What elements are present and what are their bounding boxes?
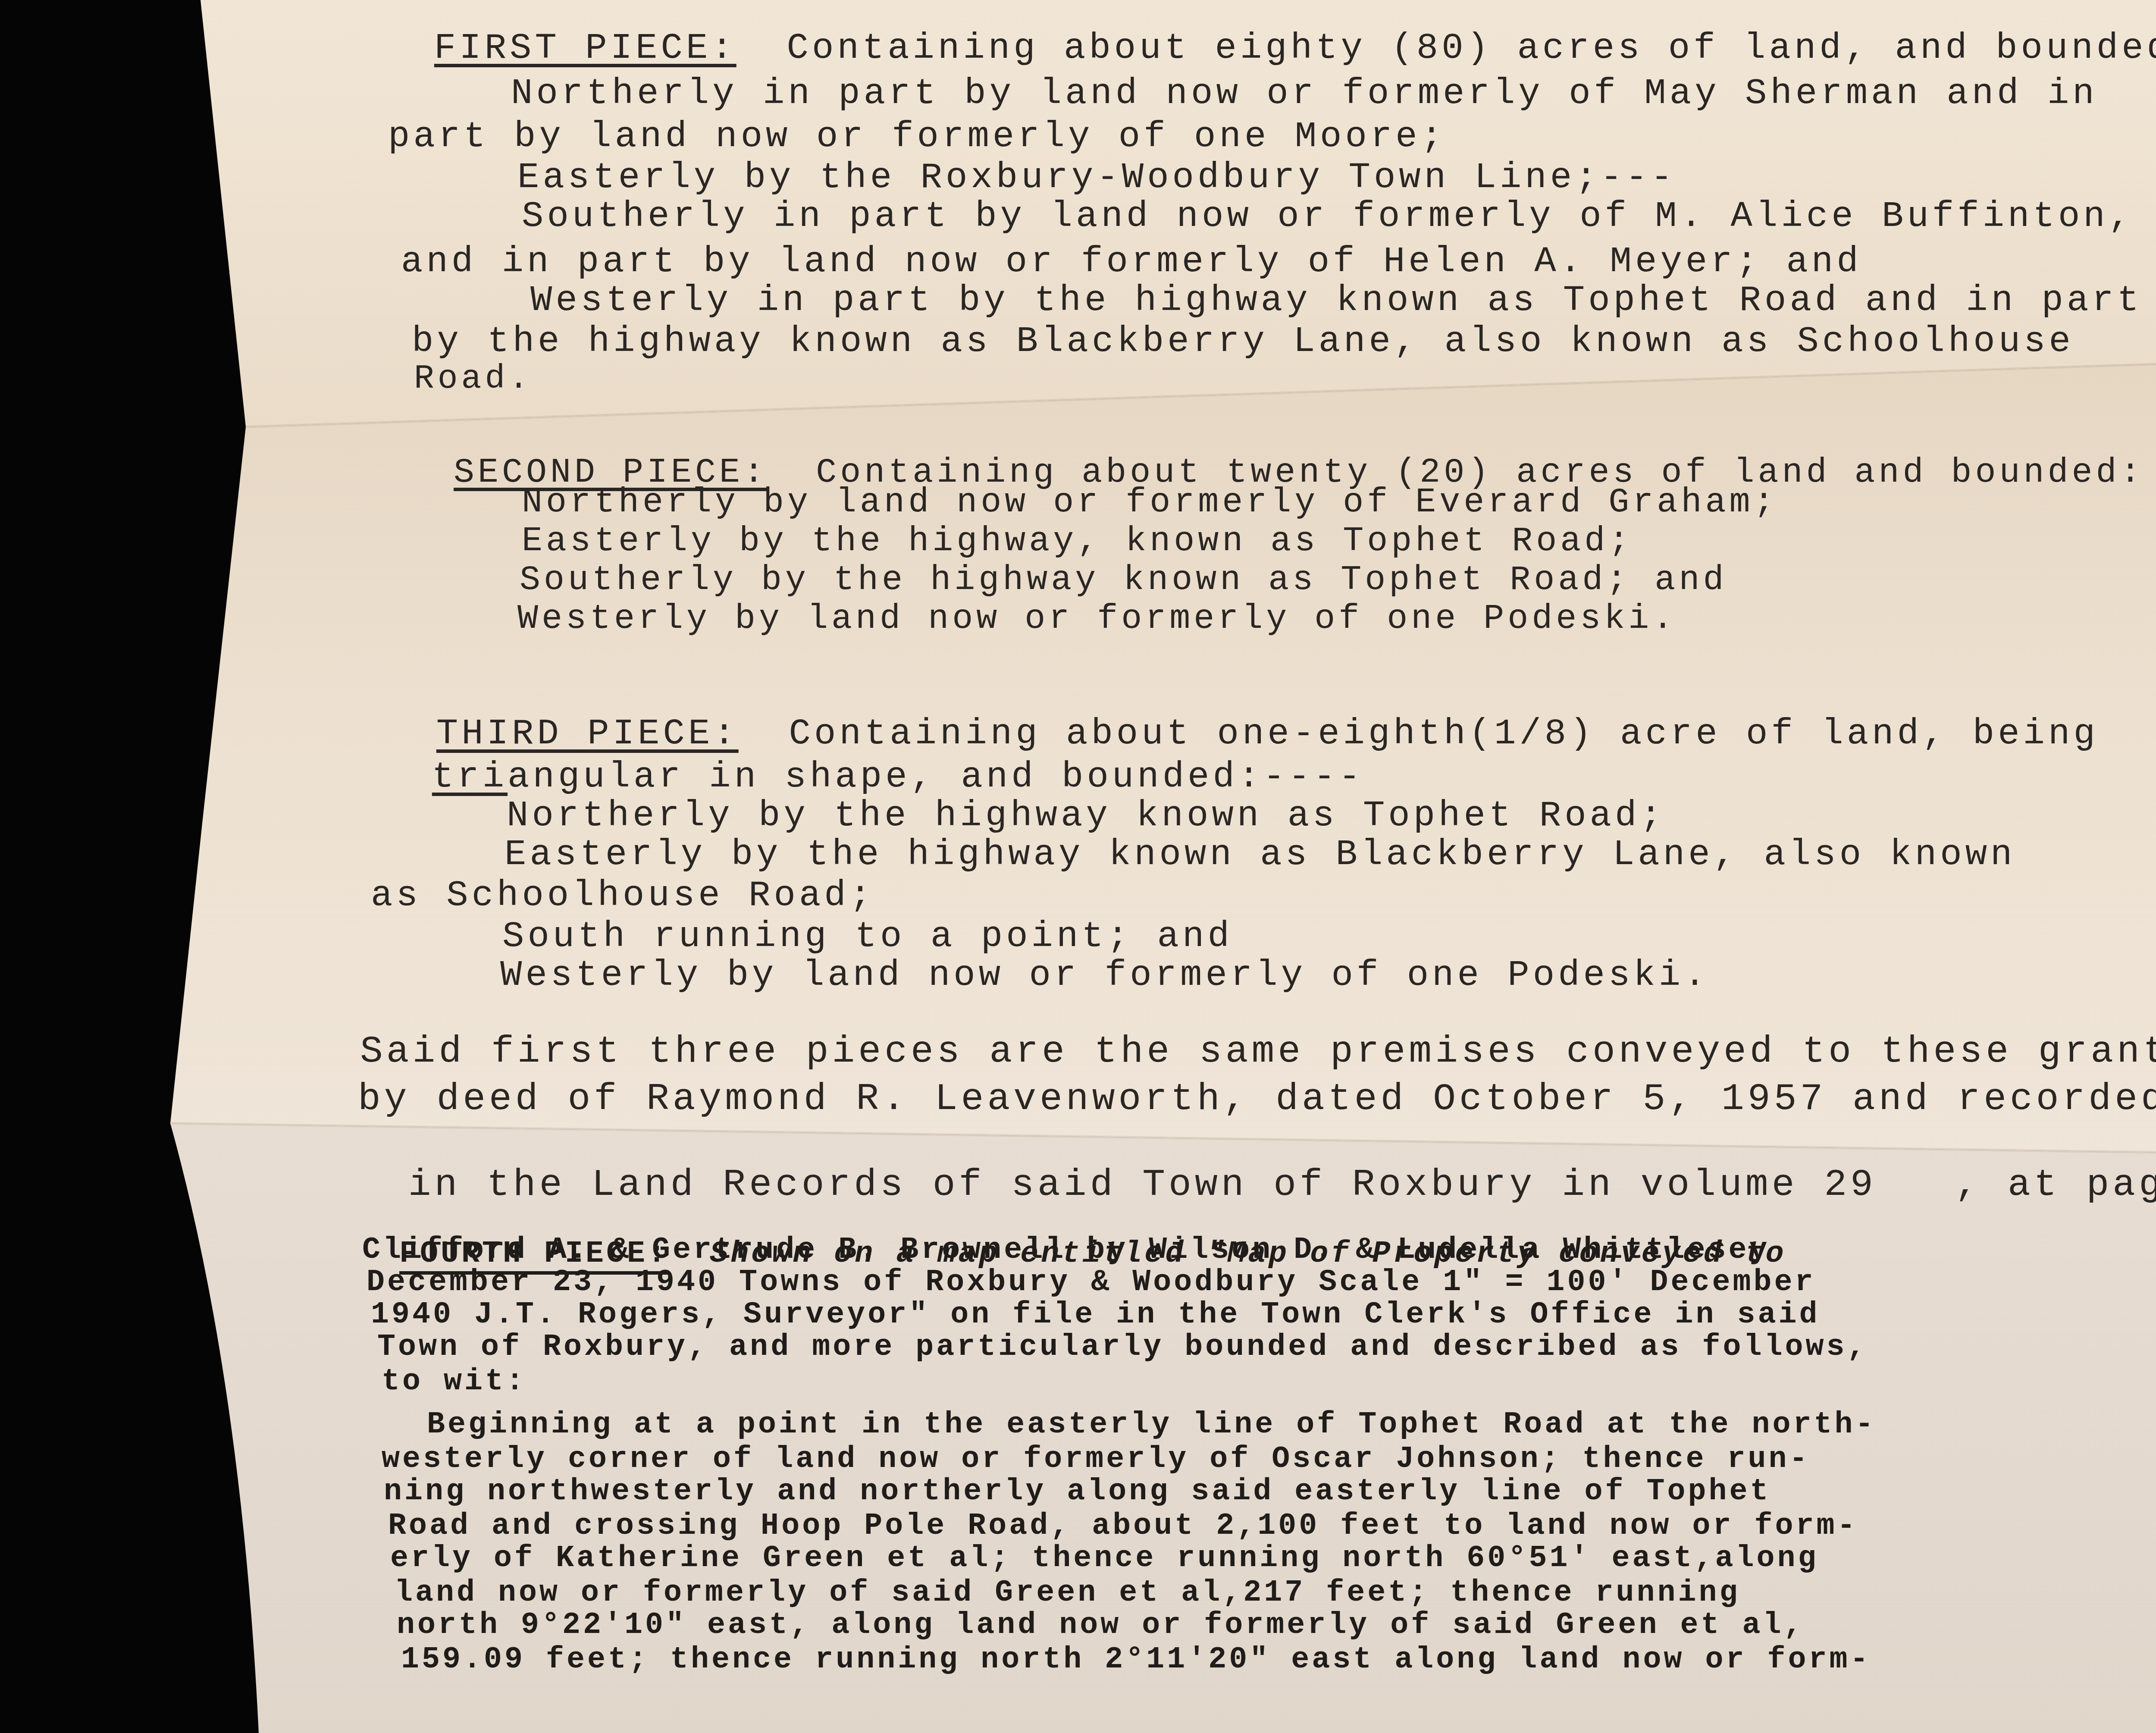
fourth-piece-description-line: Road and crossing Hoop Pole Road, about … <box>388 1509 1858 1543</box>
first-piece-line: Northerly in part by land now or formerl… <box>511 73 2098 114</box>
third-piece-line: Easterly by the highway known as Blackbe… <box>505 834 2016 875</box>
first-piece-heading: FIRST PIECE: <box>434 28 736 69</box>
first-piece-line: Southerly in part by land now or formerl… <box>522 196 2134 237</box>
third-piece-line: Westerly by land now or formerly of one … <box>500 955 1709 996</box>
second-piece-line: Southerly by the highway known as Tophet… <box>520 561 1727 600</box>
fourth-piece-description-line: erly of Katherine Green et al; thence ru… <box>390 1542 1818 1576</box>
third-piece-line: as Schoolhouse Road; <box>371 875 874 916</box>
first-piece-line: part by land now or formerly of one Moor… <box>388 116 1446 157</box>
recital-volume: 29 <box>1824 1164 1877 1207</box>
first-piece-line: by the highway known as Blackberry Lane,… <box>412 321 2074 362</box>
second-piece-line: Easterly by the highway, known as Tophet… <box>522 522 1633 561</box>
first-piece-header: FIRST PIECE: Containing about eighty (80… <box>384 0 2156 69</box>
recital-line: by deed of Raymond R. Leavenworth, dated… <box>358 1078 2156 1121</box>
recital-line-text: in the Land Records of said Town of Roxb… <box>408 1164 1824 1207</box>
first-piece-line: Westerly in part by the highway known as… <box>530 280 2142 321</box>
fourth-piece-description-line: 159.09 feet; thence running north 2°11'2… <box>401 1643 1871 1677</box>
fourth-piece-line: Clifford A. & Gertrude B. Brownell by Wi… <box>362 1233 1770 1267</box>
fourth-piece-description-line: westerly corner of land now or formerly … <box>382 1442 1810 1476</box>
third-piece-intro-cont: triangular in shape, and bounded:---- <box>382 716 1364 798</box>
fourth-piece-description-line: ning northwesterly and northerly along s… <box>384 1475 1771 1509</box>
fourth-piece-line: to wit: <box>382 1365 526 1399</box>
second-piece-line: Northerly by land now or formerly of Eve… <box>522 483 1777 522</box>
fourth-piece-line: 1940 J.T. Rogers, Surveyor" on file in t… <box>371 1298 1820 1332</box>
second-piece-line: Westerly by land now or formerly of one … <box>517 599 1677 639</box>
recital-line: Said first three pieces are the same pre… <box>360 1031 2156 1073</box>
recital-page-label: , at page <box>1955 1164 2156 1207</box>
fourth-piece-description-line: land now or formerly of said Green et al… <box>395 1576 1740 1610</box>
fourth-piece-description-line: Beginning at a point in the easterly lin… <box>427 1408 1876 1442</box>
second-piece-header: SECOND PIECE: Containing about twenty (2… <box>405 414 2144 492</box>
fourth-piece-line: December 23, 1940 Towns of Roxbury & Woo… <box>367 1266 1815 1300</box>
fourth-piece-description-line: north 9°22'10" east, along land now or f… <box>397 1608 1804 1642</box>
fourth-piece-line: Town of Roxbury, and more particularly b… <box>377 1330 1868 1364</box>
first-piece-line: Easterly by the Roxbury-Woodbury Town Li… <box>517 157 1676 198</box>
third-piece-line: Northerly by the highway known as Tophet… <box>507 796 1665 837</box>
recital-volume-line: in the Land Records of said Town of Roxb… <box>356 1121 2156 1207</box>
first-piece-intro: Containing about eighty (80) acres of la… <box>787 28 2156 69</box>
first-piece-line: Road. <box>414 360 532 398</box>
third-piece-line: South running to a point; and <box>502 916 1233 957</box>
first-piece-line: and in part by land now or formerly of H… <box>401 241 1862 282</box>
third-piece-intro-cont-text: angular in shape, and bounded:---- <box>508 757 1364 798</box>
third-piece-tri-underlined: tri <box>432 757 508 798</box>
